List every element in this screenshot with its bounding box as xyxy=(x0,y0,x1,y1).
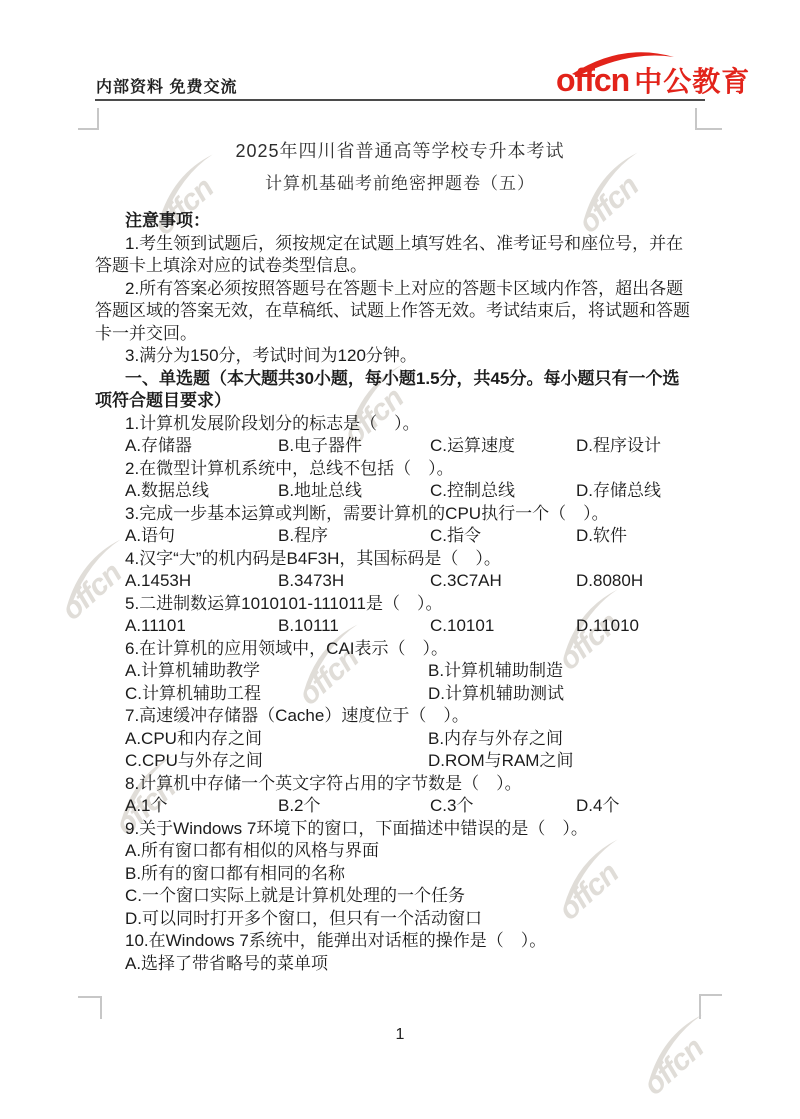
question-option: D.程序设计 xyxy=(576,435,705,458)
question-option: A.计算机辅助教学 xyxy=(125,660,428,683)
question-option: C.CPU与外存之间 xyxy=(125,750,428,773)
notice-heading: 注意事项： xyxy=(95,210,705,233)
section-heading: 一、单选题（本大题共30小题，每小题1.5分，共45分。每小题只有一个选 项符合… xyxy=(95,368,705,413)
notice-item-1: 1.考生领到试题后，须按规定在试题上填写姓名、准考证号和座位号，并在 答题卡上填… xyxy=(95,233,705,278)
question-option: C.一个窗口实际上就是计算机处理的一个任务 xyxy=(95,885,705,908)
question-option: A.CPU和内存之间 xyxy=(125,728,428,751)
question-option: A.所有窗口都有相似的风格与界面 xyxy=(95,840,705,863)
question-option: D.存储总线 xyxy=(576,480,705,503)
question-stem: 10.在Windows 7系统中，能弹出对话框的操作是（ ）。 xyxy=(95,930,705,953)
question-stem: 1.计算机发展阶段划分的标志是（ ）。 xyxy=(95,413,705,436)
question-option: B.计算机辅助制造 xyxy=(428,660,705,683)
question-option: D.软件 xyxy=(576,525,705,548)
option-row: A.1个B.2个C.3个D.4个 xyxy=(95,795,705,818)
question-stem: 9.关于Windows 7环境下的窗口，下面描述中错误的是（ ）。 xyxy=(95,818,705,841)
question-option: D.4个 xyxy=(576,795,705,818)
notice-item-3: 3.满分为150分，考试时间为120分钟。 xyxy=(95,345,705,368)
questions: 1.计算机发展阶段划分的标志是（ ）。A.存储器B.电子器件C.运算速度D.程序… xyxy=(95,413,705,976)
question-option: B.内存与外存之间 xyxy=(428,728,705,751)
question-option: C.10101 xyxy=(430,615,576,638)
question-option: C.3C7AH xyxy=(430,570,576,593)
question-option: B.10111 xyxy=(278,615,430,638)
question-option: C.3个 xyxy=(430,795,576,818)
question-stem: 8.计算机中存储一个英文字符占用的字节数是（ ）。 xyxy=(95,773,705,796)
question-option: C.运算速度 xyxy=(430,435,576,458)
question-stem: 7.高速缓冲存储器（Cache）速度位于（ ）。 xyxy=(95,705,705,728)
question-option: B.2个 xyxy=(278,795,430,818)
question-option: C.控制总线 xyxy=(430,480,576,503)
option-row: A.11101B.10111C.10101D.11010 xyxy=(95,615,705,638)
question-option: D.可以同时打开多个窗口，但只有一个活动窗口 xyxy=(95,908,705,931)
question-stem: 3.完成一步基本运算或判断，需要计算机的CPU执行一个（ ）。 xyxy=(95,503,705,526)
option-row: A.语句B.程序C.指令D.软件 xyxy=(95,525,705,548)
question-option: D.计算机辅助测试 xyxy=(428,683,705,706)
question-option: A.11101 xyxy=(125,615,278,638)
question-option: B.地址总线 xyxy=(278,480,430,503)
crop-mark-top-left xyxy=(78,108,99,130)
crop-mark-bottom-left xyxy=(78,996,102,1019)
question-option: A.选择了带省略号的菜单项 xyxy=(95,953,705,976)
question-option: A.1453H xyxy=(125,570,278,593)
question-stem: 5.二进制数运算1010101-111011是（ ）。 xyxy=(95,593,705,616)
logo-swoosh-icon xyxy=(572,48,676,78)
option-row: C.CPU与外存之间D.ROM与RAM之间 xyxy=(95,750,705,773)
page-number: 1 xyxy=(0,1026,800,1044)
question-option: D.8080H xyxy=(576,570,705,593)
question-option: C.计算机辅助工程 xyxy=(125,683,428,706)
question-option: B.所有的窗口都有相同的名称 xyxy=(95,863,705,886)
option-row: C.计算机辅助工程D.计算机辅助测试 xyxy=(95,683,705,706)
crop-mark-bottom-right xyxy=(699,994,722,1019)
question-option: D.ROM与RAM之间 xyxy=(428,750,705,773)
question-option: B.3473H xyxy=(278,570,430,593)
question-option: B.电子器件 xyxy=(278,435,430,458)
question-stem: 6.在计算机的应用领域中，CAI表示（ ）。 xyxy=(95,638,705,661)
exam-paper-page: 内部资料 免费交流 offcn中公教育 offcnoffcnoffcnoffcn… xyxy=(0,0,800,1119)
question-option: A.数据总线 xyxy=(125,480,278,503)
question-option: A.存储器 xyxy=(125,435,278,458)
offcn-logo: offcn中公教育 xyxy=(556,60,750,100)
notice-item-2: 2.所有答案必须按照答题号在答题卡上对应的答题卡区域内作答，超出各题 答题区域的… xyxy=(95,278,705,346)
question-option: A.1个 xyxy=(125,795,278,818)
question-option: D.11010 xyxy=(576,615,705,638)
question-option: A.语句 xyxy=(125,525,278,548)
header-note: 内部资料 免费交流 xyxy=(96,74,237,97)
question-stem: 4.汉字“大”的机内码是B4F3H，其国标码是（ ）。 xyxy=(95,548,705,571)
exam-subtitle: 计算机基础考前绝密押题卷（五） xyxy=(95,171,705,197)
option-row: A.存储器B.电子器件C.运算速度D.程序设计 xyxy=(95,435,705,458)
option-row: A.1453HB.3473HC.3C7AHD.8080H xyxy=(95,570,705,593)
question-option: C.指令 xyxy=(430,525,576,548)
question-option: B.程序 xyxy=(278,525,430,548)
option-row: A.数据总线B.地址总线C.控制总线D.存储总线 xyxy=(95,480,705,503)
question-stem: 2.在微型计算机系统中，总线不包括（ ）。 xyxy=(95,458,705,481)
crop-mark-top-right xyxy=(695,108,722,130)
option-row: A.计算机辅助教学B.计算机辅助制造 xyxy=(95,660,705,683)
option-row: A.CPU和内存之间B.内存与外存之间 xyxy=(95,728,705,751)
document-body: 2025年四川省普通高等学校专升本考试 计算机基础考前绝密押题卷（五） 注意事项… xyxy=(95,138,705,975)
exam-title: 2025年四川省普通高等学校专升本考试 xyxy=(95,138,705,164)
